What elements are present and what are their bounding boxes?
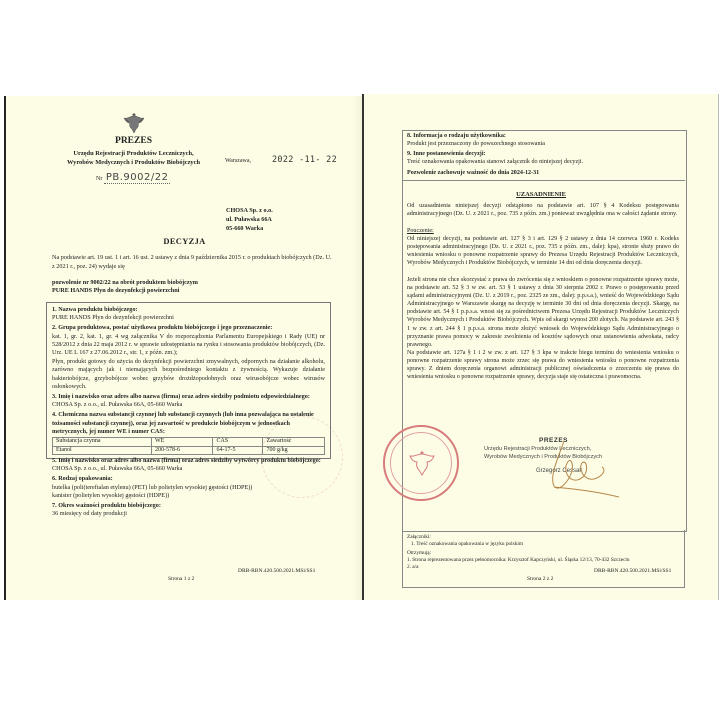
institution-line-2: Wyrobów Medycznych i Produktów Biobójczy… <box>6 158 261 167</box>
document-reference: DRB-RBN.420.500.2021.MSi/SS1 <box>238 568 315 574</box>
decision-details-box: 1. Nazwa produktu biobójczego: PURE HAND… <box>46 302 331 459</box>
table-header-row: Substancja czynna WE CAS Zawartość <box>53 438 325 447</box>
section-3-heading: 3. Imię i nazwisko oraz adres albo nazwa… <box>52 393 325 401</box>
document-reference: DRB-RBN.420.500.2021.MSi/SS1 <box>594 568 671 574</box>
table-header: CAS <box>213 438 263 447</box>
section-4-heading: 4. Chemiczna nazwa substancji czynnej lu… <box>52 411 325 436</box>
table-header: WE <box>151 438 213 447</box>
section-8-heading: 8. Informacja o rodzaju użytkownika: <box>407 132 679 140</box>
table-cell: Etanol <box>53 446 152 455</box>
table-row: Etanol 200-578-6 64-17-5 700 g/kg <box>53 446 325 455</box>
stamp-eagle-icon <box>407 447 437 479</box>
section-divider <box>402 180 685 181</box>
issuer-title: PREZES <box>6 136 261 146</box>
instruction-label: Pouczenie: <box>407 227 679 235</box>
instruction-paragraph-2: Jeżeli strona nie chce skorzystać z praw… <box>407 276 679 349</box>
page-number: Strona 2 z 2 <box>527 576 553 582</box>
addressee-street: ul. Puławska 66A <box>226 215 273 224</box>
active-substance-table: Substancja czynna WE CAS Zawartość Etano… <box>52 437 325 455</box>
section-9-text: Treść oznakowania opakowania stanowi zał… <box>407 158 679 166</box>
justification-text: Od uzasadnienia niniejszej decyzji odstą… <box>407 202 679 218</box>
official-round-stamp <box>383 425 459 501</box>
section-6-text-2: kanister (polietylen wysokiej gęstości (… <box>52 492 325 500</box>
section-7-text: 36 miesięcy od daty produkcji <box>52 510 325 518</box>
permit-number-line: pozwolenie nr 9002/22 na obrót produktem… <box>52 279 332 287</box>
section-9-heading: 9. Inne postanowienia decyzji: <box>407 150 679 158</box>
section-2-text-2: Płyn, produkt gotowy do użycia do dezynf… <box>52 358 325 391</box>
table-header: Substancja czynna <box>53 438 152 447</box>
nr-value-handwritten: PB.9002/22 <box>104 172 171 184</box>
institution-line-1: Urzędu Rejestracji Produktów Leczniczych… <box>6 149 261 158</box>
polish-eagle-emblem-icon <box>121 110 147 136</box>
validity-statement: Pozwolenie zachowuje ważność do dnia 202… <box>407 169 679 177</box>
document-page-1: PREZES Urzędu Rejestracji Produktów Lecz… <box>4 96 363 600</box>
section-8-text: Produkt jest przeznaczony do powszechneg… <box>407 140 679 148</box>
section-2-heading: 2. Grupa produktowa, postać użytkowa pro… <box>52 324 325 332</box>
table-cell: 700 g/kg <box>263 446 325 455</box>
addressee-city: 05-660 Warka <box>226 224 273 233</box>
section-3-text: CHOSA Sp. z o.o., ul. Puławska 66A, 05-6… <box>52 401 325 409</box>
permit-statement: pozwolenie nr 9002/22 na obrót produktem… <box>52 279 332 295</box>
section-7-heading: 7. Okres ważności produktu biobójczego: <box>52 502 325 510</box>
document-title: DECYZJA <box>6 236 363 246</box>
document-page-2: 8. Informacja o rodzaju użytkownika: Pro… <box>362 94 719 600</box>
section-6-heading: 6. Rodzaj opakowania: <box>52 475 325 483</box>
section-5-heading: 5. Imię i nazwisko oraz adres albo nazwa… <box>52 457 325 465</box>
legal-basis-intro: Na podstawie art. 19 ust. 1 i art. 16 us… <box>52 254 332 271</box>
issue-place: Warszawa, <box>225 158 251 164</box>
permit-product-line: PURE HANDS Płyn do dezynfekcji powierzch… <box>52 287 332 295</box>
section-1-text: PURE HANDS Płyn do dezynfekcji powierzch… <box>52 314 325 322</box>
table-header: Zawartość <box>263 438 325 447</box>
issuer-institution: Urzędu Rejestracji Produktów Leczniczych… <box>6 149 261 167</box>
signature-area: PREZES Urzędu Rejestracji Produktów Lecz… <box>364 409 718 504</box>
table-cell: 200-578-6 <box>151 446 213 455</box>
decision-number: Nr PB.9002/22 <box>96 172 170 183</box>
issue-date-stamp: 2022 -11- 22 <box>272 155 337 165</box>
section-2-text-1: kat. 1, gr. 2, kat. 1, gr. 4 wg załączni… <box>52 333 325 358</box>
section-6-text-1: butelka (poli(tereftalan etylenu) (PET) … <box>52 484 325 492</box>
addressee-name: CHOSA Sp. z o.o. <box>226 206 273 215</box>
section-5-text: CHOSA Sp. z o.o., ul. Puławska 66A, 05-6… <box>52 465 325 473</box>
nr-label: Nr <box>96 176 102 182</box>
handwritten-signature <box>534 431 624 501</box>
section-1-heading: 1. Nazwa produktu biobójczego: <box>52 306 325 314</box>
instruction-paragraph-3: Na podstawie art. 127a § 1 i 2 w zw. z a… <box>407 349 679 381</box>
page-number: Strona 1 z 2 <box>168 576 194 582</box>
table-cell: 64-17-5 <box>213 446 263 455</box>
instruction-paragraph-1: Od niniejszej decyzji, na podstawie art.… <box>407 235 679 267</box>
justification-title: UZASADNIENIE <box>364 191 718 198</box>
addressee-block: CHOSA Sp. z o.o. ul. Puławska 66A 05-660… <box>226 206 273 233</box>
